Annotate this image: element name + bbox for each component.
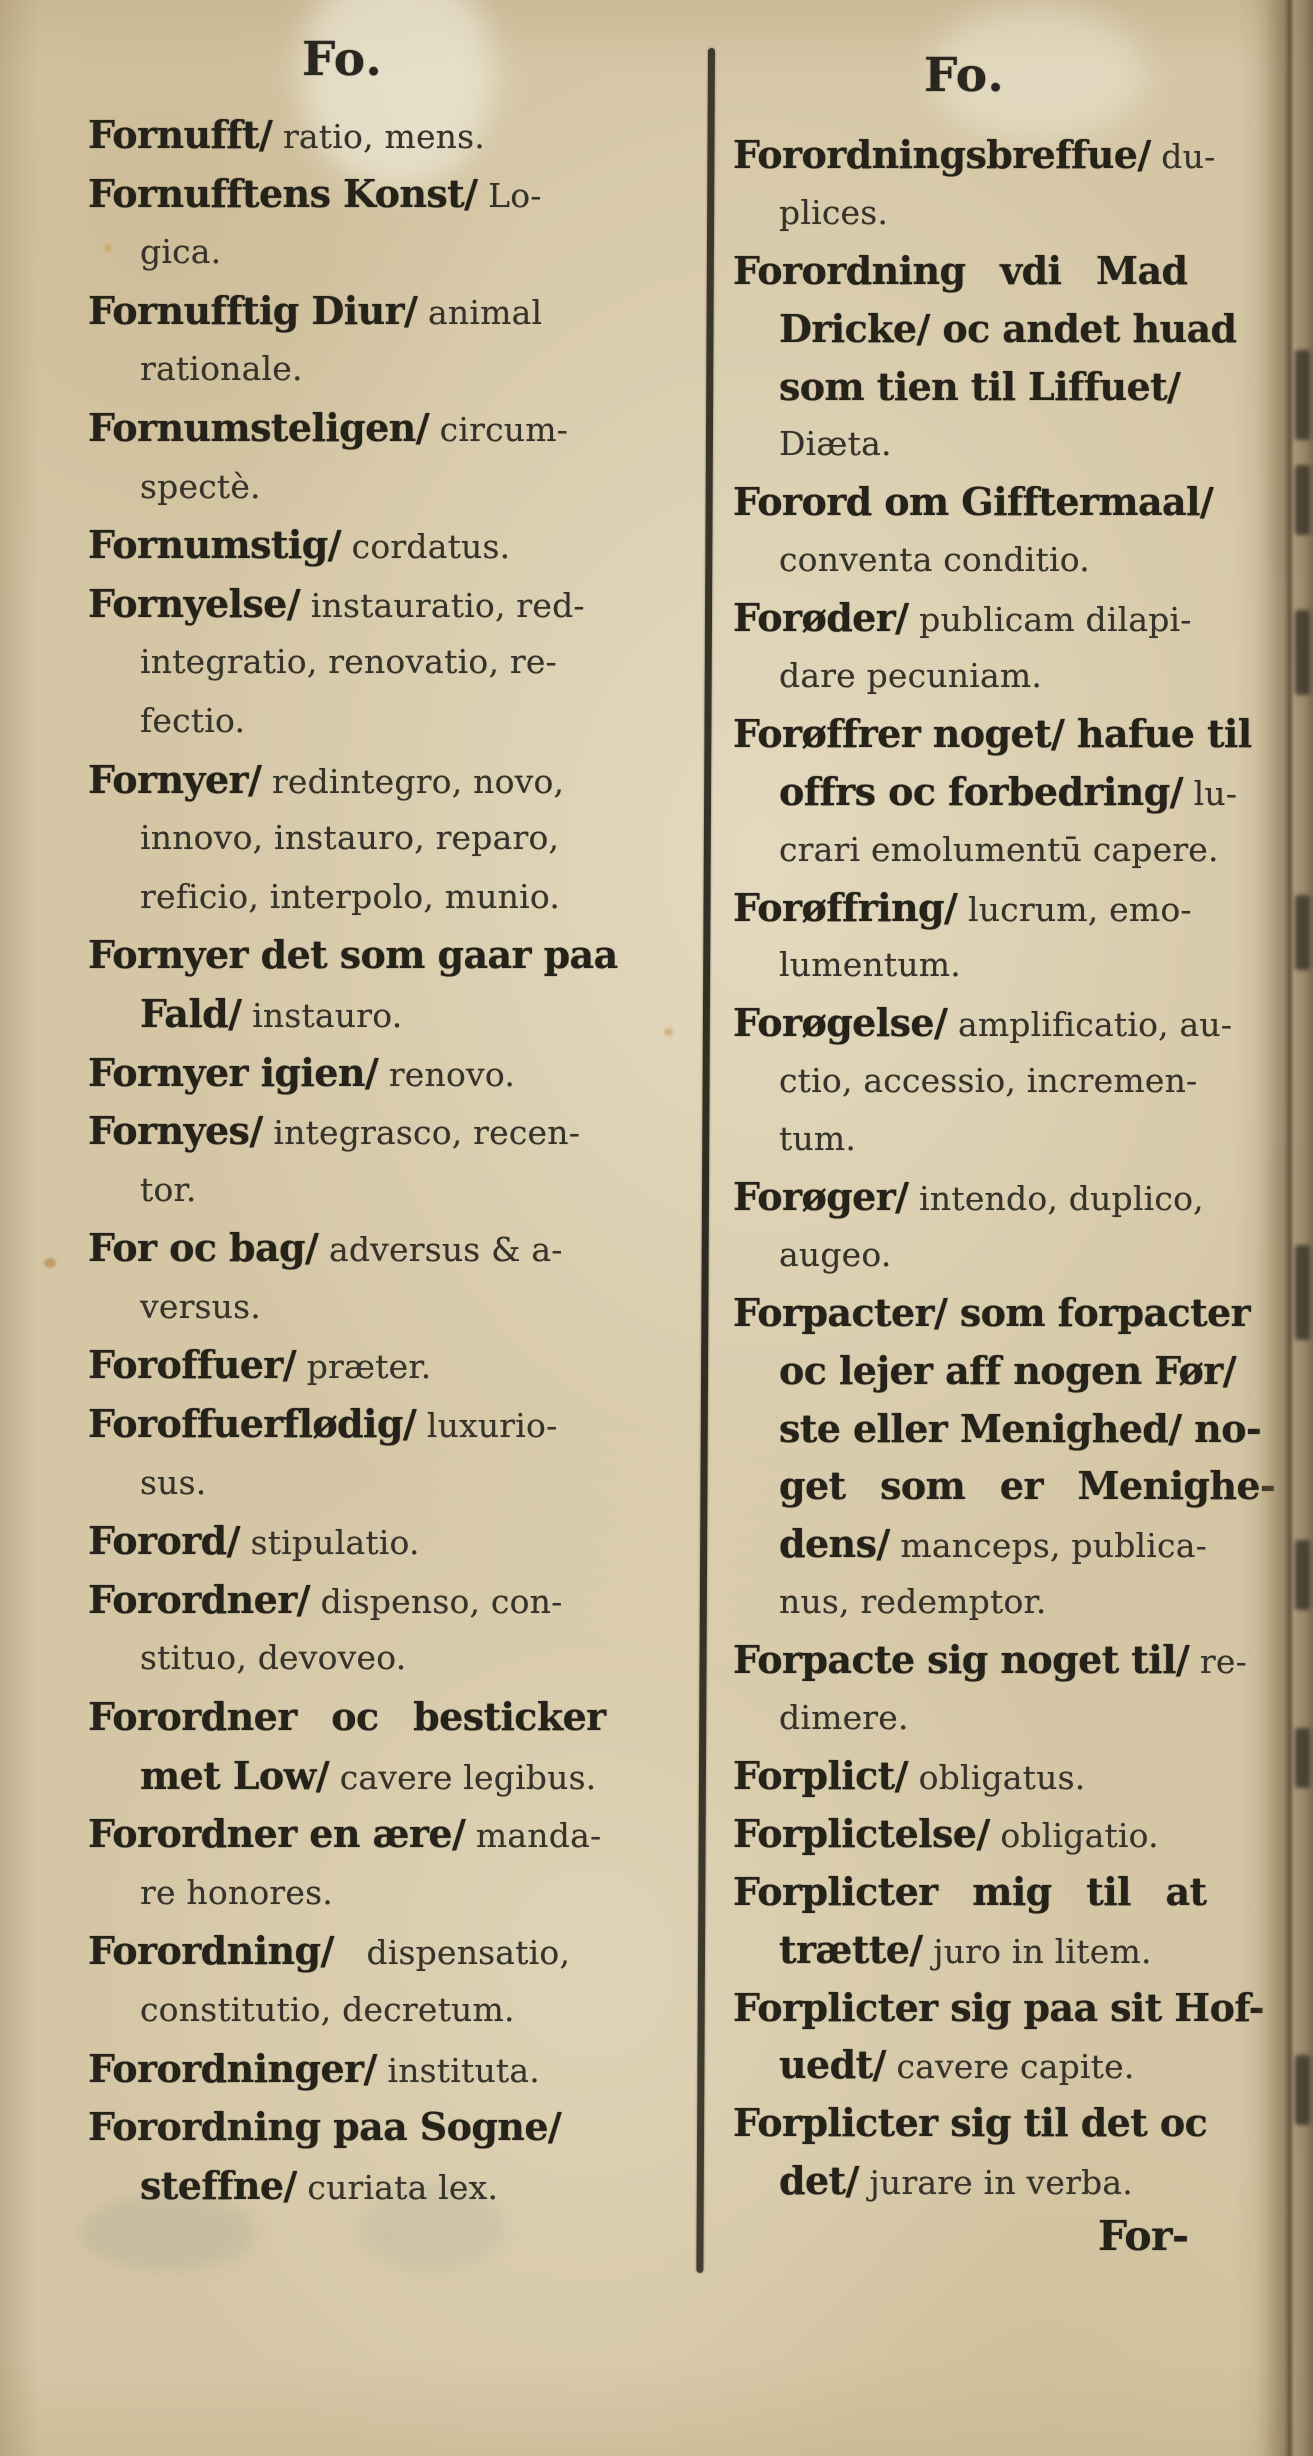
danish-headword-text: Forplictelse/ — [733, 1811, 990, 1856]
danish-headword-text: Forordninger/ — [88, 2046, 377, 2091]
entry-line: Foroffuer/ præter. — [88, 1336, 673, 1395]
latin-gloss-text: conventa conditio. — [779, 540, 1090, 579]
danish-headword-text: Foroffuer/ — [88, 1342, 296, 1387]
latin-gloss-text: stipulatio. — [240, 1523, 420, 1562]
entry-line: Forplicter mig til at — [733, 1863, 1299, 1921]
dictionary-entry: Forpacter/ som forpacteroc lejer aff nog… — [733, 1284, 1299, 1631]
dictionary-entry: Foroffuerflødig/ luxurio-sus. — [88, 1395, 673, 1512]
danish-headword-text: Forplicter sig paa sit Hof- — [733, 1985, 1264, 2030]
latin-gloss-text: redintegro, novo, — [261, 762, 564, 801]
latin-gloss-text: innovo, instauro, reparo, — [140, 818, 559, 857]
entry-line: Forplicter sig til det oc — [733, 2094, 1299, 2152]
danish-headword-text: Foroffuerflødig/ — [88, 1401, 416, 1446]
entry-line: rationale. — [88, 340, 673, 399]
danish-headword-text: Forordning/ — [88, 1928, 334, 1973]
danish-headword-text: get som er Menighe- — [779, 1463, 1275, 1508]
entry-line: trætte/ juro in litem. — [733, 1921, 1299, 1979]
danish-headword-text: Forøffring/ — [733, 885, 957, 930]
latin-gloss-text: re- — [1189, 1642, 1247, 1681]
latin-gloss-text: plices. — [779, 193, 888, 232]
right-column: Forordningsbreffue/ du-plices.Forordning… — [733, 126, 1299, 2210]
entry-line: Fornufftens Konst/ Lo- — [88, 165, 673, 224]
dictionary-entry: Forordninger/ instituta. — [88, 2040, 673, 2099]
dictionary-entry: Forord om Gifftermaal/conventa conditio. — [733, 473, 1299, 589]
entry-line: innovo, instauro, reparo, — [88, 809, 673, 868]
entry-line: Forordner en ære/ manda- — [88, 1805, 673, 1864]
dictionary-entry: Forplicter mig til attrætte/ juro in lit… — [733, 1863, 1299, 1979]
entry-line: dimere. — [733, 1689, 1299, 1747]
dictionary-entry: Forordner en ære/ manda-re honores. — [88, 1805, 673, 1922]
entry-line: Forordning vdi Mad — [733, 242, 1299, 300]
entry-line: ctio, accessio, incremen- — [733, 1052, 1299, 1110]
entry-line: fectio. — [88, 692, 673, 751]
danish-headword-text: uedt/ — [779, 2042, 886, 2087]
latin-gloss-text: obligatio. — [990, 1816, 1159, 1855]
running-header-right: Fo. — [924, 48, 1005, 103]
latin-gloss-text: dispensatio, — [334, 1933, 570, 1972]
danish-headword-text: Fornumstig/ — [88, 522, 341, 567]
rust-fleck — [44, 1258, 56, 1268]
danish-headword-text: dens/ — [779, 1521, 890, 1566]
danish-headword-text: Forpacte sig noget til/ — [733, 1637, 1189, 1682]
running-header-left: Fo. — [302, 32, 383, 87]
latin-gloss-text: instauratio, red- — [300, 586, 585, 625]
danish-headword-text: Forøgelse/ — [733, 1000, 947, 1045]
dictionary-entry: Fornufft/ ratio, mens. — [88, 106, 673, 165]
latin-gloss-text: versus. — [140, 1287, 261, 1326]
dictionary-entry: Forplicter sig til det ocdet/ jurare in … — [733, 2094, 1299, 2210]
danish-headword-text: steffne/ — [140, 2163, 297, 2208]
latin-gloss-text: Diæta. — [779, 424, 892, 463]
entry-line: get som er Menighe- — [733, 1457, 1299, 1515]
dictionary-entry: Fornyer igien/ renovo. — [88, 1044, 673, 1103]
entry-line: For oc bag/ adversus & a- — [88, 1219, 673, 1278]
dictionary-entry: Forøffring/ lucrum, emo-lumentum. — [733, 879, 1299, 995]
entry-line: Forordning/ dispensatio, — [88, 1922, 673, 1981]
danish-headword-text: Forplict/ — [733, 1753, 908, 1798]
adjacent-page-ink-mark — [1295, 1245, 1310, 1340]
entry-line: ste eller Menighed/ no- — [733, 1400, 1299, 1458]
dictionary-entry: Forordningsbreffue/ du-plices. — [733, 126, 1299, 242]
entry-line: Forpacte sig noget til/ re- — [733, 1631, 1299, 1689]
danish-headword-text: offrs oc forbedring/ — [779, 769, 1183, 814]
danish-headword-text: Fornyer det som gaar paa — [88, 932, 618, 977]
entry-line: stituo, devoveo. — [88, 1629, 673, 1688]
danish-headword-text: Forplicter sig til det oc — [733, 2100, 1207, 2145]
entry-line: integratio, renovatio, re- — [88, 633, 673, 692]
adjacent-page-ink-mark — [1295, 610, 1310, 695]
danish-headword-text: Dricke/ oc andet huad — [779, 306, 1237, 351]
latin-gloss-text: fectio. — [140, 701, 245, 740]
entry-line: Forordninger/ instituta. — [88, 2040, 673, 2099]
entry-line: gica. — [88, 223, 673, 282]
adjacent-page-ink-mark — [1295, 350, 1310, 440]
danish-headword-text: Forordning paa Sogne/ — [88, 2104, 561, 2149]
entry-line: dens/ manceps, publica- — [733, 1515, 1299, 1573]
entry-line: dare pecuniam. — [733, 647, 1299, 705]
entry-line: Fornumsteligen/ circum- — [88, 399, 673, 458]
dictionary-entry: Forord/ stipulatio. — [88, 1512, 673, 1571]
entry-line: spectè. — [88, 458, 673, 517]
entry-line: Diæta. — [733, 415, 1299, 473]
dictionary-entry: Forøffrer noget/ hafue tiloffrs oc forbe… — [733, 705, 1299, 879]
danish-headword-text: Fornyer/ — [88, 757, 261, 802]
latin-gloss-text: dimere. — [779, 1698, 909, 1737]
latin-gloss-text: dare pecuniam. — [779, 656, 1042, 695]
entry-line: Forord om Gifftermaal/ — [733, 473, 1299, 531]
danish-headword-text: det/ — [779, 2158, 859, 2203]
entry-line: Fornyes/ integrasco, recen- — [88, 1102, 673, 1161]
dictionary-entry: Forordning/ dispensatio,constitutio, dec… — [88, 1922, 673, 2039]
danish-headword-text: Fornumsteligen/ — [88, 405, 429, 450]
danish-headword-text: met Low/ — [140, 1753, 329, 1798]
danish-headword-text: Fornyes/ — [88, 1108, 263, 1153]
dictionary-entry: Fornyer/ redintegro, novo,innovo, instau… — [88, 751, 673, 927]
entry-line: Forøger/ intendo, duplico, — [733, 1168, 1299, 1226]
danish-headword-text: ste eller Menighed/ no- — [779, 1406, 1261, 1451]
entry-line: plices. — [733, 184, 1299, 242]
latin-gloss-text: crari emolumentū capere. — [779, 830, 1219, 869]
danish-headword-text: Fornyer igien/ — [88, 1050, 378, 1095]
latin-gloss-text: tor. — [140, 1170, 197, 1209]
left-column: Fornufft/ ratio, mens.Fornufftens Konst/… — [88, 106, 673, 2215]
dictionary-entry: Fornufftens Konst/ Lo-gica. — [88, 165, 673, 282]
danish-headword-text: Fornufftig Diur/ — [88, 288, 417, 333]
entry-line: conventa conditio. — [733, 531, 1299, 589]
dictionary-entry: Forøgelse/ amplificatio, au-ctio, access… — [733, 994, 1299, 1168]
latin-gloss-text: dispenso, con- — [310, 1582, 563, 1621]
entry-line: uedt/ cavere capite. — [733, 2036, 1299, 2094]
entry-line: Fornyer igien/ renovo. — [88, 1044, 673, 1103]
dictionary-entry: Forordning paa Sogne/steffne/ curiata le… — [88, 2098, 673, 2215]
entry-line: tor. — [88, 1161, 673, 1220]
entry-line: Dricke/ oc andet huad — [733, 300, 1299, 358]
entry-line: steffne/ curiata lex. — [88, 2157, 673, 2216]
latin-gloss-text: instauro. — [241, 996, 402, 1035]
latin-gloss-text: manda- — [465, 1816, 601, 1855]
danish-headword-text: Forord/ — [88, 1518, 240, 1563]
danish-headword-text: Forøffrer noget/ hafue til — [733, 711, 1252, 756]
danish-headword-text: Fornyelse/ — [88, 581, 300, 626]
latin-gloss-text: nus, redemptor. — [779, 1582, 1047, 1621]
latin-gloss-text: renovo. — [378, 1055, 515, 1094]
latin-gloss-text: ctio, accessio, incremen- — [779, 1061, 1197, 1100]
danish-headword-text: Fald/ — [140, 991, 241, 1036]
entry-line: versus. — [88, 1278, 673, 1337]
entry-line: det/ jurare in verba. — [733, 2152, 1299, 2210]
entry-line: met Low/ cavere legibus. — [88, 1747, 673, 1806]
entry-line: Forpacter/ som forpacter — [733, 1284, 1299, 1342]
latin-gloss-text: animal — [417, 293, 542, 332]
entry-line: lumentum. — [733, 936, 1299, 994]
dictionary-entry: Fornyelse/ instauratio, red-integratio, … — [88, 575, 673, 751]
danish-headword-text: Forordner en ære/ — [88, 1811, 465, 1856]
dictionary-entry: Forordner/ dispenso, con-stituo, devoveo… — [88, 1571, 673, 1688]
danish-headword-text: Forordningsbreffue/ — [733, 132, 1151, 177]
danish-headword-text: oc lejer aff nogen Før/ — [779, 1348, 1236, 1393]
entry-line: Forøder/ publicam dilapi- — [733, 589, 1299, 647]
latin-gloss-text: juro in litem. — [923, 1932, 1152, 1971]
danish-headword-text: Forøger/ — [733, 1174, 908, 1219]
latin-gloss-text: ratio, mens. — [272, 117, 485, 156]
entry-line: constitutio, decretum. — [88, 1981, 673, 2040]
latin-gloss-text: adversus & a- — [318, 1230, 562, 1269]
latin-gloss-text: integratio, renovatio, re- — [140, 642, 557, 681]
latin-gloss-text: lumentum. — [779, 945, 961, 984]
dictionary-entry: Forplictelse/ obligatio. — [733, 1805, 1299, 1863]
latin-gloss-text: sus. — [140, 1463, 206, 1502]
entry-line: oc lejer aff nogen Før/ — [733, 1342, 1299, 1400]
adjacent-page-ink-mark — [1295, 465, 1310, 535]
danish-headword-text: Fornufftens Konst/ — [88, 171, 477, 216]
danish-headword-text: Fornufft/ — [88, 112, 272, 157]
latin-gloss-text: lucrum, emo- — [957, 890, 1192, 929]
dictionary-entry: Fornumstig/ cordatus. — [88, 516, 673, 575]
dictionary-entry: Forordner oc bestickermet Low/ cavere le… — [88, 1688, 673, 1805]
latin-gloss-text: augeo. — [779, 1235, 892, 1274]
dictionary-entry: Forplicter sig paa sit Hof-uedt/ cavere … — [733, 1979, 1299, 2095]
latin-gloss-text: obligatus. — [908, 1758, 1086, 1797]
latin-gloss-text: cavere capite. — [886, 2047, 1135, 2086]
entry-line: Fornyelse/ instauratio, red- — [88, 575, 673, 634]
danish-headword-text: trætte/ — [779, 1927, 923, 1972]
entry-line: Fornufftig Diur/ animal — [88, 282, 673, 341]
latin-gloss-text: constitutio, decretum. — [140, 1990, 515, 2029]
entry-line: Fornumstig/ cordatus. — [88, 516, 673, 575]
entry-line: Forøffrer noget/ hafue til — [733, 705, 1299, 763]
dictionary-entry: Fornyes/ integrasco, recen-tor. — [88, 1102, 673, 1219]
entry-line: sus. — [88, 1454, 673, 1513]
latin-gloss-text: publicam dilapi- — [908, 600, 1191, 639]
danish-headword-text: Forordner oc besticker — [88, 1694, 606, 1739]
adjacent-page-ink-mark — [1295, 895, 1310, 970]
latin-gloss-text: lu- — [1183, 774, 1237, 813]
latin-gloss-text: du- — [1151, 137, 1216, 176]
entry-line: Forplicter sig paa sit Hof- — [733, 1979, 1299, 2037]
latin-gloss-text: luxurio- — [416, 1406, 557, 1445]
dictionary-entry: Fornumsteligen/ circum-spectè. — [88, 399, 673, 516]
latin-gloss-text: præter. — [296, 1347, 431, 1386]
entry-line: Fornyer/ redintegro, novo, — [88, 751, 673, 810]
danish-headword-text: Forordner/ — [88, 1577, 310, 1622]
dictionary-entry: For oc bag/ adversus & a-versus. — [88, 1219, 673, 1336]
entry-line: som tien til Liffuet/ — [733, 358, 1299, 416]
column-divider-rule — [696, 48, 715, 2273]
latin-gloss-text: cavere legibus. — [329, 1758, 596, 1797]
entry-line: offrs oc forbedring/ lu- — [733, 763, 1299, 821]
entry-line: tum. — [733, 1110, 1299, 1168]
entry-line: augeo. — [733, 1226, 1299, 1284]
dictionary-entry: Forøger/ intendo, duplico,augeo. — [733, 1168, 1299, 1284]
latin-gloss-text: reficio, interpolo, munio. — [140, 877, 560, 916]
latin-gloss-text: gica. — [140, 232, 221, 271]
catchword-text: For- — [1098, 2212, 1188, 2260]
entry-line: Fald/ instauro. — [88, 985, 673, 1044]
latin-gloss-text: amplificatio, au- — [947, 1005, 1232, 1044]
adjacent-page-ink-mark — [1295, 1540, 1310, 1610]
danish-headword-text: Forøder/ — [733, 595, 908, 640]
entry-line: reficio, interpolo, munio. — [88, 868, 673, 927]
latin-gloss-text: tum. — [779, 1119, 856, 1158]
latin-gloss-text: rationale. — [140, 349, 303, 388]
latin-gloss-text: intendo, duplico, — [908, 1179, 1203, 1218]
entry-line: Forordningsbreffue/ du- — [733, 126, 1299, 184]
entry-line: Forordner/ dispenso, con- — [88, 1571, 673, 1630]
entry-line: Forplict/ obligatus. — [733, 1747, 1299, 1805]
entry-line: Forøffring/ lucrum, emo- — [733, 879, 1299, 937]
latin-gloss-text: cordatus. — [341, 527, 510, 566]
latin-gloss-text: re honores. — [140, 1873, 333, 1912]
danish-headword-text: Forplicter mig til at — [733, 1869, 1207, 1914]
latin-gloss-text: spectè. — [140, 467, 261, 506]
entry-line: crari emolumentū capere. — [733, 821, 1299, 879]
danish-headword-text: som tien til Liffuet/ — [779, 364, 1180, 409]
danish-headword-text: Forpacter/ som forpacter — [733, 1290, 1250, 1335]
latin-gloss-text: manceps, publica- — [890, 1526, 1207, 1565]
entry-line: Forøgelse/ amplificatio, au- — [733, 994, 1299, 1052]
dictionary-entry: Forpacte sig noget til/ re-dimere. — [733, 1631, 1299, 1747]
latin-gloss-text: stituo, devoveo. — [140, 1638, 406, 1677]
entry-line: Fornyer det som gaar paa — [88, 926, 673, 985]
latin-gloss-text: Lo- — [477, 176, 541, 215]
entry-line: Foroffuerflødig/ luxurio- — [88, 1395, 673, 1454]
latin-gloss-text: instituta. — [377, 2051, 540, 2090]
latin-gloss-text: circum- — [429, 410, 568, 449]
catchword: For- — [1098, 2212, 1188, 2260]
dictionary-entry: Forplict/ obligatus. — [733, 1747, 1299, 1805]
danish-headword-text: Forord om Gifftermaal/ — [733, 479, 1213, 524]
dictionary-entry: Forøder/ publicam dilapi-dare pecuniam. — [733, 589, 1299, 705]
danish-headword-text: Forordning vdi Mad — [733, 248, 1187, 293]
entry-line: Forordner oc besticker — [88, 1688, 673, 1747]
latin-gloss-text: integrasco, recen- — [263, 1113, 580, 1152]
adjacent-page-ink-mark — [1295, 1728, 1310, 1788]
entry-line: nus, redemptor. — [733, 1573, 1299, 1631]
dictionary-entry: Fornyer det som gaar paaFald/ instauro. — [88, 926, 673, 1043]
entry-line: re honores. — [88, 1864, 673, 1923]
entry-line: Fornufft/ ratio, mens. — [88, 106, 673, 165]
dictionary-entry: Forordning vdi MadDricke/ oc andet huads… — [733, 242, 1299, 474]
danish-headword-text: For oc bag/ — [88, 1225, 318, 1270]
adjacent-page-ink-mark — [1295, 2055, 1310, 2125]
entry-line: Forord/ stipulatio. — [88, 1512, 673, 1571]
latin-gloss-text: curiata lex. — [297, 2168, 498, 2207]
latin-gloss-text: jurare in verba. — [859, 2163, 1133, 2202]
dictionary-entry: Foroffuer/ præter. — [88, 1336, 673, 1395]
dictionary-entry: Fornufftig Diur/ animalrationale. — [88, 282, 673, 399]
entry-line: Forplictelse/ obligatio. — [733, 1805, 1299, 1863]
entry-line: Forordning paa Sogne/ — [88, 2098, 673, 2157]
